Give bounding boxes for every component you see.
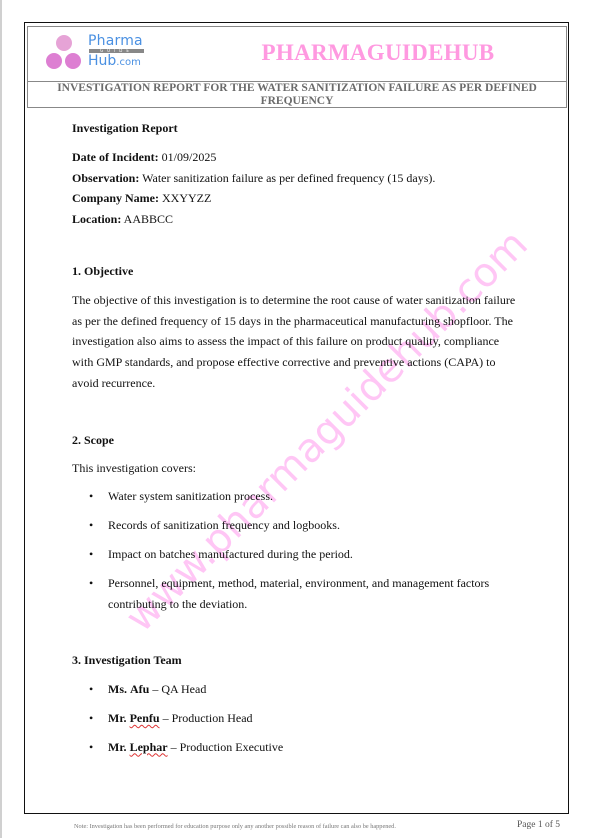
report-body: Investigation Report Date of Incident: 0… xyxy=(72,118,522,766)
member-name: Lephar xyxy=(130,740,168,754)
meta-observation: Observation: Water sanitization failure … xyxy=(72,168,522,189)
logo-hub: Hub xyxy=(88,53,116,69)
team-member: Mr. Penfu – Production Head xyxy=(72,708,522,729)
meta-value: 01/09/2025 xyxy=(159,150,217,164)
meta-label: Date of Incident: xyxy=(72,150,159,164)
team-member: Mr. Lephar – Production Executive xyxy=(72,737,522,758)
page-total: 5 xyxy=(555,820,560,830)
document-title: INVESTIGATION REPORT FOR THE WATER SANIT… xyxy=(28,82,566,108)
report-meta: Date of Incident: 01/09/2025 Observation… xyxy=(72,147,522,230)
meta-value: XXYYZZ xyxy=(159,191,211,205)
objective-text: The objective of this investigation is t… xyxy=(72,290,522,394)
page-number: Page 1 of 5 xyxy=(517,820,560,830)
scope-list: Water system sanitization process. Recor… xyxy=(72,486,522,614)
brand-title: PHARMAGUIDEHUB xyxy=(218,40,538,66)
scope-intro: This investigation covers: xyxy=(72,458,522,479)
logo-circle-icon xyxy=(46,53,62,69)
meta-company: Company Name: XXYYZZ xyxy=(72,188,522,209)
document-header: Pharma GUIDE Hub.com PHARMAGUIDEHUB INVE… xyxy=(27,26,567,108)
member-name: Afu xyxy=(130,682,149,696)
team-member: Ms. Afu – QA Head xyxy=(72,679,522,700)
logo-circle-icon xyxy=(65,53,81,69)
logo-text-hub: Hub.com xyxy=(88,53,141,71)
list-item: Personnel, equipment, method, material, … xyxy=(72,573,522,615)
logo-circle-icon xyxy=(56,35,72,51)
member-title: Mr. xyxy=(108,711,127,725)
meta-value: Water sanitization failure as per define… xyxy=(139,171,435,185)
meta-label: Location: xyxy=(72,212,121,226)
meta-location: Location: AABBCC xyxy=(72,209,522,230)
footer-note: Note: Investigation has been performed f… xyxy=(74,823,396,830)
member-role: – Production Executive xyxy=(168,740,284,754)
list-item: Water system sanitization process. xyxy=(72,486,522,507)
window-edge xyxy=(0,0,2,838)
member-role: – Production Head xyxy=(160,711,253,725)
member-title: Ms. xyxy=(108,682,127,696)
logo-text-pharma: Pharma xyxy=(88,33,143,49)
member-name: Penfu xyxy=(130,711,160,725)
list-item: Records of sanitization frequency and lo… xyxy=(72,515,522,536)
section-heading-team: 3. Investigation Team xyxy=(72,650,522,671)
meta-label: Observation: xyxy=(72,171,139,185)
section-heading-objective: 1. Objective xyxy=(72,261,522,282)
member-role: – QA Head xyxy=(149,682,206,696)
member-title: Mr. xyxy=(108,740,127,754)
meta-date: Date of Incident: 01/09/2025 xyxy=(72,147,522,168)
section-heading-scope: 2. Scope xyxy=(72,430,522,451)
logo-dotcom: .com xyxy=(116,57,141,68)
list-item: Impact on batches manufactured during th… xyxy=(72,544,522,565)
team-list: Ms. Afu – QA Head Mr. Penfu – Production… xyxy=(72,679,522,757)
meta-label: Company Name: xyxy=(72,191,159,205)
page-label: Page xyxy=(517,820,538,830)
page-of: of xyxy=(543,820,556,830)
meta-value: AABBCC xyxy=(121,212,173,226)
report-title: Investigation Report xyxy=(72,118,522,139)
pharmaguidehub-logo: Pharma GUIDE Hub.com xyxy=(44,33,154,77)
